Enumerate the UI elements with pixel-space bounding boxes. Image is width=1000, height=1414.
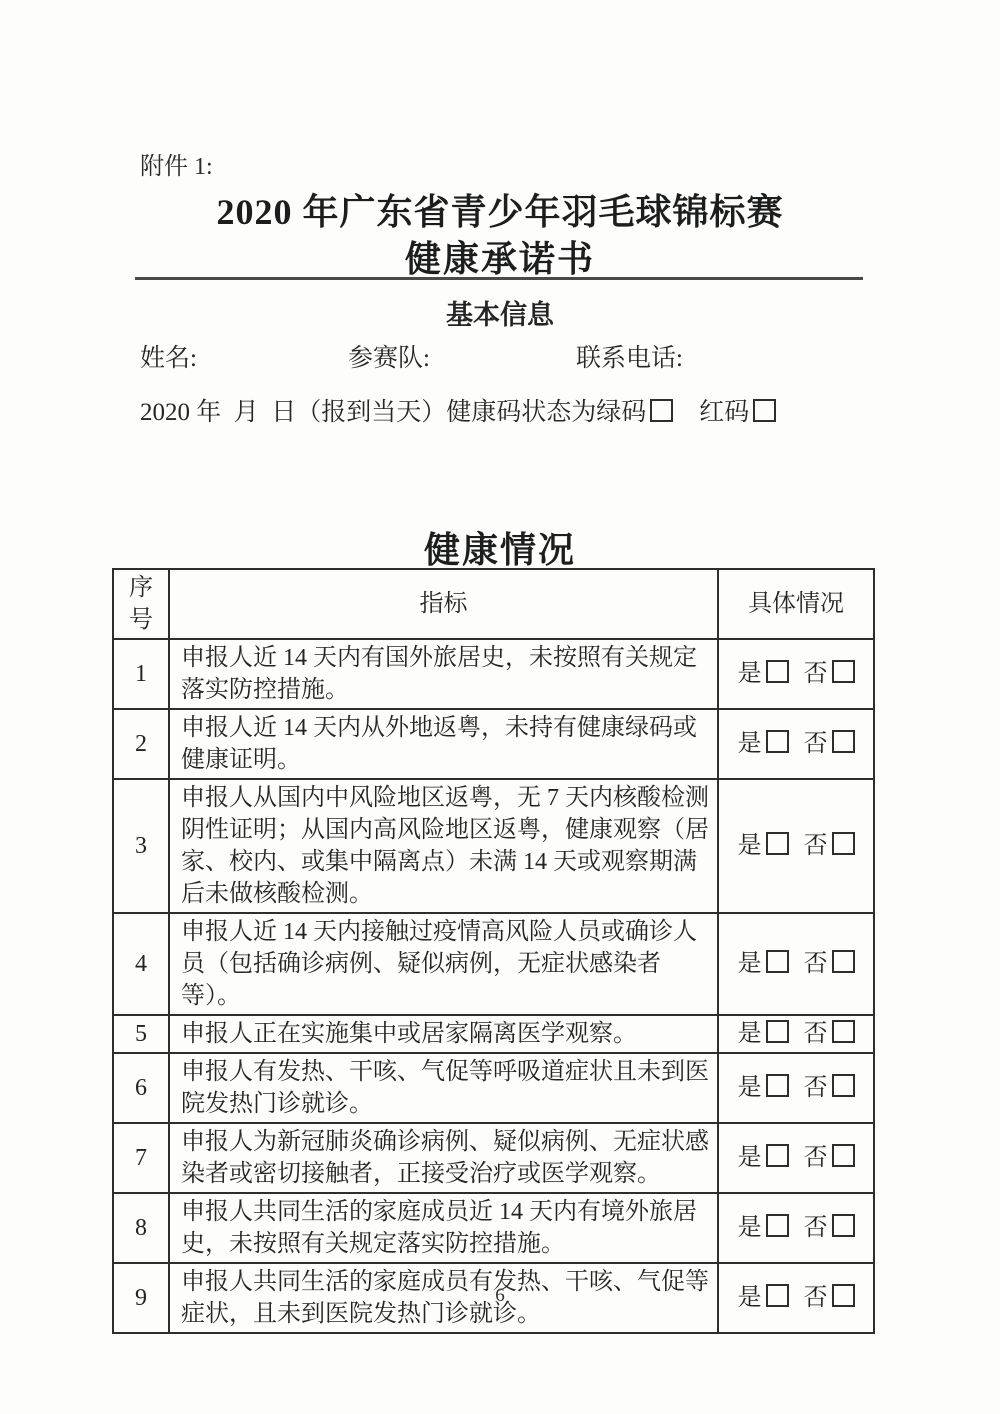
row-indicator-text: 申报人共同生活的家庭成员近 14 天内有境外旅居史，未按照有关规定落实防控措施。 [169, 1193, 718, 1263]
yes-checkbox[interactable] [766, 660, 789, 683]
yes-answer-group: 是 [738, 1212, 789, 1244]
basic-info-heading: 基本信息 [0, 293, 1000, 332]
row-number: 1 [113, 639, 169, 709]
row-answer-cell: 是否 [718, 1015, 874, 1053]
table-row: 6申报人有发热、干咳、气促等呼吸道症状且未到医院发热门诊就诊。是否 [113, 1053, 874, 1123]
yes-answer-group: 是 [738, 1142, 789, 1174]
table-row: 5申报人正在实施集中或居家隔离医学观察。是否 [113, 1015, 874, 1053]
no-checkbox[interactable] [832, 660, 855, 683]
yes-checkbox[interactable] [766, 1214, 789, 1237]
phone-field-label: 联系电话: [576, 338, 683, 374]
column-header-detail: 具体情况 [718, 569, 874, 639]
document-page: 附件 1: 2020 年广东省青少年羽毛球锦标赛 健康承诺书 基本信息 姓名: … [0, 0, 1000, 1414]
no-label: 否 [804, 661, 828, 687]
yes-label: 是 [738, 1075, 762, 1101]
row-number: 2 [113, 709, 169, 779]
attachment-label: 附件 1: [140, 146, 213, 181]
no-checkbox[interactable] [832, 1020, 855, 1043]
yes-checkbox[interactable] [766, 1144, 789, 1167]
row-indicator-text: 申报人有发热、干咳、气促等呼吸道症状且未到医院发热门诊就诊。 [169, 1053, 718, 1123]
yes-label: 是 [738, 951, 762, 977]
yes-answer-group: 是 [738, 1072, 789, 1104]
no-checkbox[interactable] [832, 1214, 855, 1237]
yes-checkbox[interactable] [766, 950, 789, 973]
table-row: 7申报人为新冠肺炎确诊病例、疑似病例、无症状感染者或密切接触者，正接受治疗或医学… [113, 1123, 874, 1193]
document-title-line1: 2020 年广东省青少年羽毛球锦标赛 [0, 184, 1000, 235]
yes-checkbox[interactable] [766, 730, 789, 753]
table-header-row: 序号 指标 具体情况 [113, 569, 874, 639]
no-checkbox[interactable] [832, 832, 855, 855]
row-answer-cell: 是否 [718, 1123, 874, 1193]
yes-label: 是 [738, 1021, 762, 1047]
health-code-prefix: 2020 年 月 日（报到当天）健康码状态为绿码 [140, 399, 646, 426]
yes-label: 是 [738, 1215, 762, 1241]
health-code-status-line: 2020 年 月 日（报到当天）健康码状态为绿码红码 [140, 392, 776, 428]
no-answer-group: 否 [804, 1212, 855, 1244]
yes-checkbox[interactable] [766, 832, 789, 855]
row-indicator-text: 申报人近 14 天内有国外旅居史，未按照有关规定落实防控措施。 [169, 639, 718, 709]
no-answer-group: 否 [804, 658, 855, 690]
row-answer-cell: 是否 [718, 639, 874, 709]
yes-answer-group: 是 [738, 658, 789, 690]
table-row: 3申报人从国内中风险地区返粤，无 7 天内核酸检测阴性证明；从国内高风险地区返粤… [113, 779, 874, 913]
no-answer-group: 否 [804, 1142, 855, 1174]
no-checkbox[interactable] [832, 950, 855, 973]
team-field-label: 参赛队: [348, 338, 430, 374]
row-indicator-text: 申报人近 14 天内从外地返粤，未持有健康绿码或健康证明。 [169, 709, 718, 779]
row-number: 3 [113, 779, 169, 913]
health-status-table-wrapper: 序号 指标 具体情况 1申报人近 14 天内有国外旅居史，未按照有关规定落实防控… [112, 568, 875, 1334]
table-row: 1申报人近 14 天内有国外旅居史，未按照有关规定落实防控措施。是否 [113, 639, 874, 709]
health-status-table: 序号 指标 具体情况 1申报人近 14 天内有国外旅居史，未按照有关规定落实防控… [112, 568, 875, 1334]
row-answer-cell: 是否 [718, 1193, 874, 1263]
red-code-label: 红码 [699, 399, 749, 426]
yes-answer-group: 是 [738, 948, 789, 980]
row-number: 4 [113, 913, 169, 1015]
basic-info-fields: 姓名: 参赛队: 联系电话: [0, 338, 1000, 378]
no-answer-group: 否 [804, 830, 855, 862]
table-row: 8申报人共同生活的家庭成员近 14 天内有境外旅居史，未按照有关规定落实防控措施… [113, 1193, 874, 1263]
no-checkbox[interactable] [832, 1074, 855, 1097]
page-number: 6 [0, 1285, 1000, 1307]
row-answer-cell: 是否 [718, 709, 874, 779]
no-label: 否 [804, 1145, 828, 1171]
column-header-number: 序号 [113, 569, 169, 639]
no-label: 否 [804, 731, 828, 757]
table-row: 2申报人近 14 天内从外地返粤，未持有健康绿码或健康证明。是否 [113, 709, 874, 779]
no-checkbox[interactable] [832, 730, 855, 753]
column-header-indicator: 指标 [169, 569, 718, 639]
no-answer-group: 否 [804, 728, 855, 760]
yes-label: 是 [738, 661, 762, 687]
yes-answer-group: 是 [738, 1018, 789, 1050]
row-number: 7 [113, 1123, 169, 1193]
yes-label: 是 [738, 731, 762, 757]
no-label: 否 [804, 833, 828, 859]
no-answer-group: 否 [804, 948, 855, 980]
name-field-label: 姓名: [140, 338, 197, 374]
no-checkbox[interactable] [832, 1144, 855, 1167]
no-answer-group: 否 [804, 1018, 855, 1050]
red-code-checkbox[interactable] [753, 399, 776, 422]
row-indicator-text: 申报人正在实施集中或居家隔离医学观察。 [169, 1015, 718, 1053]
document-title-line2: 健康承诺书 [0, 231, 1000, 282]
row-answer-cell: 是否 [718, 913, 874, 1015]
row-answer-cell: 是否 [718, 779, 874, 913]
no-label: 否 [804, 1075, 828, 1101]
no-label: 否 [804, 1021, 828, 1047]
yes-answer-group: 是 [738, 728, 789, 760]
row-indicator-text: 申报人近 14 天内接触过疫情高风险人员或确诊人员（包括确诊病例、疑似病例，无症… [169, 913, 718, 1015]
green-code-checkbox[interactable] [650, 399, 673, 422]
row-number: 8 [113, 1193, 169, 1263]
row-indicator-text: 申报人从国内中风险地区返粤，无 7 天内核酸检测阴性证明；从国内高风险地区返粤，… [169, 779, 718, 913]
row-indicator-text: 申报人为新冠肺炎确诊病例、疑似病例、无症状感染者或密切接触者，正接受治疗或医学观… [169, 1123, 718, 1193]
table-row: 4申报人近 14 天内接触过疫情高风险人员或确诊人员（包括确诊病例、疑似病例，无… [113, 913, 874, 1015]
yes-checkbox[interactable] [766, 1020, 789, 1043]
row-number: 5 [113, 1015, 169, 1053]
yes-checkbox[interactable] [766, 1074, 789, 1097]
title-divider-line [135, 277, 863, 280]
yes-label: 是 [738, 1145, 762, 1171]
no-label: 否 [804, 1215, 828, 1241]
row-answer-cell: 是否 [718, 1053, 874, 1123]
health-status-heading: 健康情况 [0, 522, 1000, 573]
no-label: 否 [804, 951, 828, 977]
yes-answer-group: 是 [738, 830, 789, 862]
yes-label: 是 [738, 833, 762, 859]
row-number: 6 [113, 1053, 169, 1123]
no-answer-group: 否 [804, 1072, 855, 1104]
